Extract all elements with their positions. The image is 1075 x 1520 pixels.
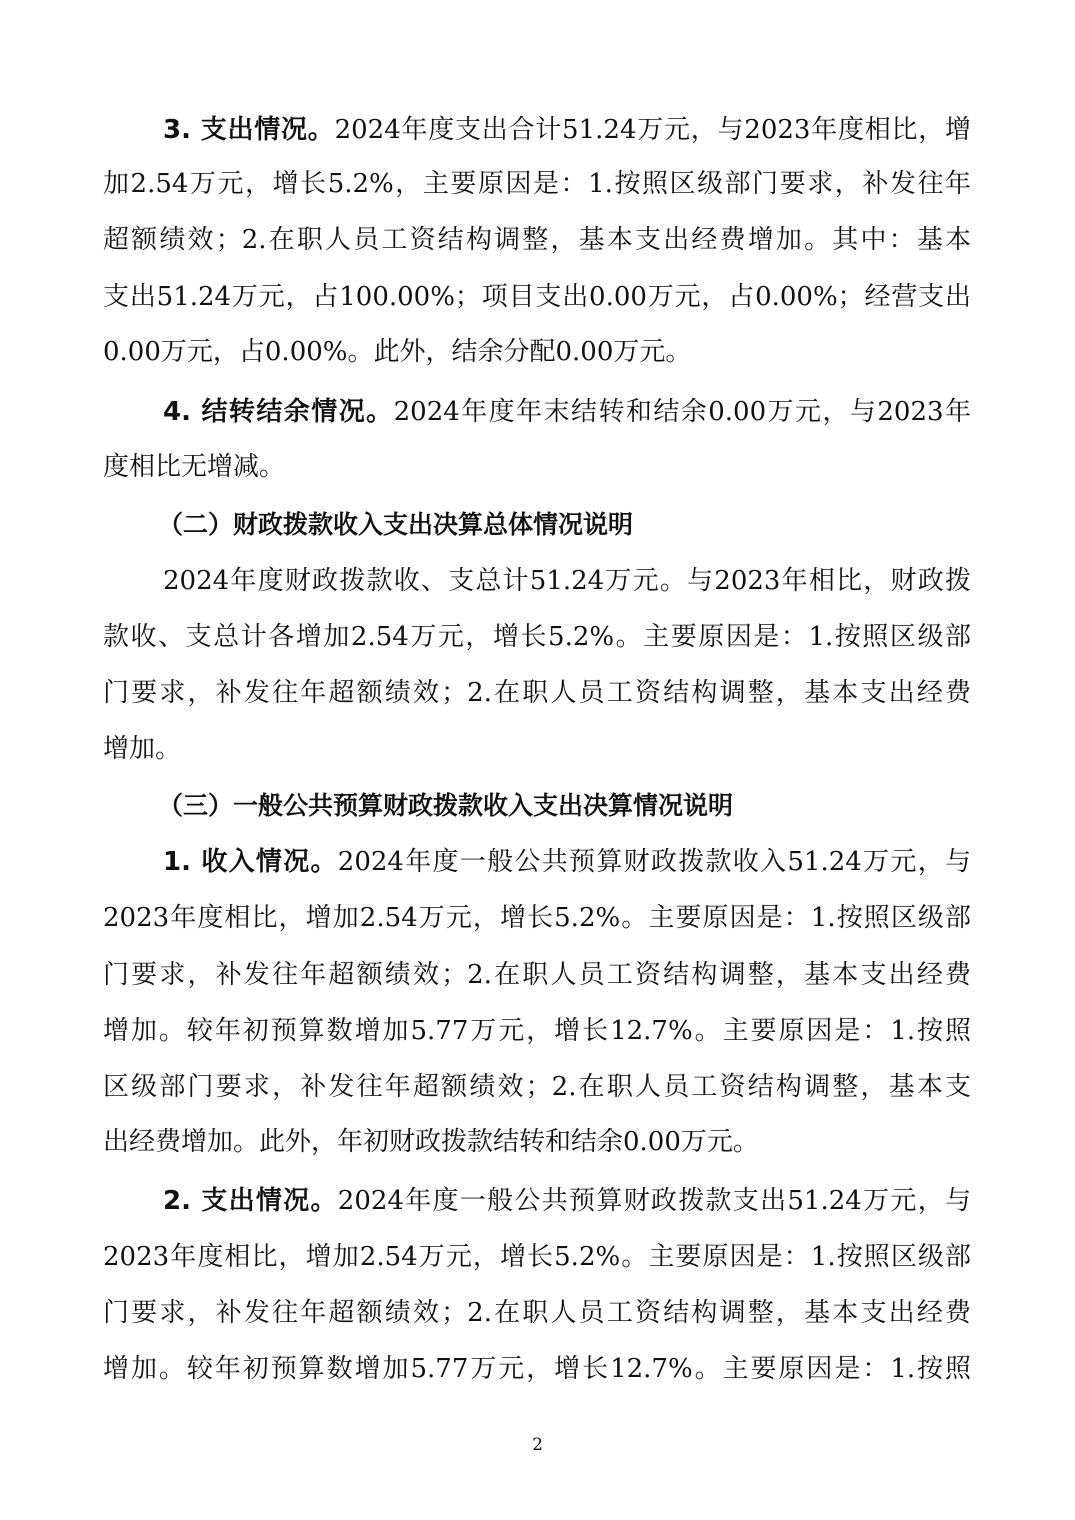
paragraph-line: 增加。较年初预算数增加5.77万元，增长12.7%。主要原因是：1.按照 [103,1011,971,1051]
paragraph-line: 超额绩效；2.在职人员工资结构调整，基本支出经费增加。其中：基本 [103,220,971,260]
paragraph-lead: 2. 支出情况。 [163,1186,338,1216]
paragraph-line: 支出51.24万元，占100.00%；项目支出0.00万元，占0.00%；经营支… [103,277,971,317]
paragraph-line: 增加。 [103,729,971,769]
paragraph-lead: 1. 收入情况。 [163,847,338,877]
paragraph-line: 2023年度相比，增加2.54万元，增长5.2%。主要原因是：1.按照区级部 [103,1237,971,1277]
paragraph-line: 1. 收入情况。2024年度一般公共预算财政拨款收入51.24万元，与 [163,842,971,882]
paragraph-line: 增加。较年初预算数增加5.77万元，增长12.7%。主要原因是：1.按照 [103,1349,971,1389]
paragraph-line: 出经费增加。此外，年初财政拨款结转和结余0.00万元。 [103,1122,971,1162]
section-heading: （三）一般公共预算财政拨款收入支出决算情况说明 [158,786,858,826]
paragraph-line: 加2.54万元，增长5.2%，主要原因是：1.按照区级部门要求，补发往年 [103,164,971,204]
paragraph-line: 门要求，补发往年超额绩效；2.在职人员工资结构调整，基本支出经费 [103,673,971,713]
paragraph-line: 门要求，补发往年超额绩效；2.在职人员工资结构调整，基本支出经费 [103,955,971,995]
paragraph-line: 4. 结转结余情况。2024年度年末结转和结余0.00万元，与2023年 [163,392,971,432]
paragraph-line: 2. 支出情况。2024年度一般公共预算财政拨款支出51.24万元，与 [163,1181,971,1221]
paragraph-line: 0.00万元，占0.00%。此外，结余分配0.00万元。 [103,332,971,372]
paragraph-line: 2023年度相比，增加2.54万元，增长5.2%。主要原因是：1.按照区级部 [103,898,971,938]
document-page: 3. 支出情况。2024年度支出合计51.24万元，与2023年度相比，增 加2… [0,0,1075,1520]
section-heading: （二）财政拨款收入支出决算总体情况说明 [158,505,858,545]
paragraph-line: 门要求，补发往年超额绩效；2.在职人员工资结构调整，基本支出经费 [103,1293,971,1333]
paragraph-line: 区级部门要求，补发往年超额绩效；2.在职人员工资结构调整，基本支 [103,1067,971,1107]
paragraph-line: 度相比无增减。 [103,447,971,487]
paragraph-line: 款收、支总计各增加2.54万元，增长5.2%。主要原因是：1.按照区级部 [103,617,971,657]
page-number: 2 [0,1433,1075,1457]
paragraph-line: 2024年度财政拨款收、支总计51.24万元。与2023年相比，财政拨 [163,561,971,601]
paragraph-lead: 3. 支出情况。 [163,115,335,145]
paragraph-lead: 4. 结转结余情况。 [163,397,394,427]
paragraph-line: 3. 支出情况。2024年度支出合计51.24万元，与2023年度相比，增 [163,110,971,150]
